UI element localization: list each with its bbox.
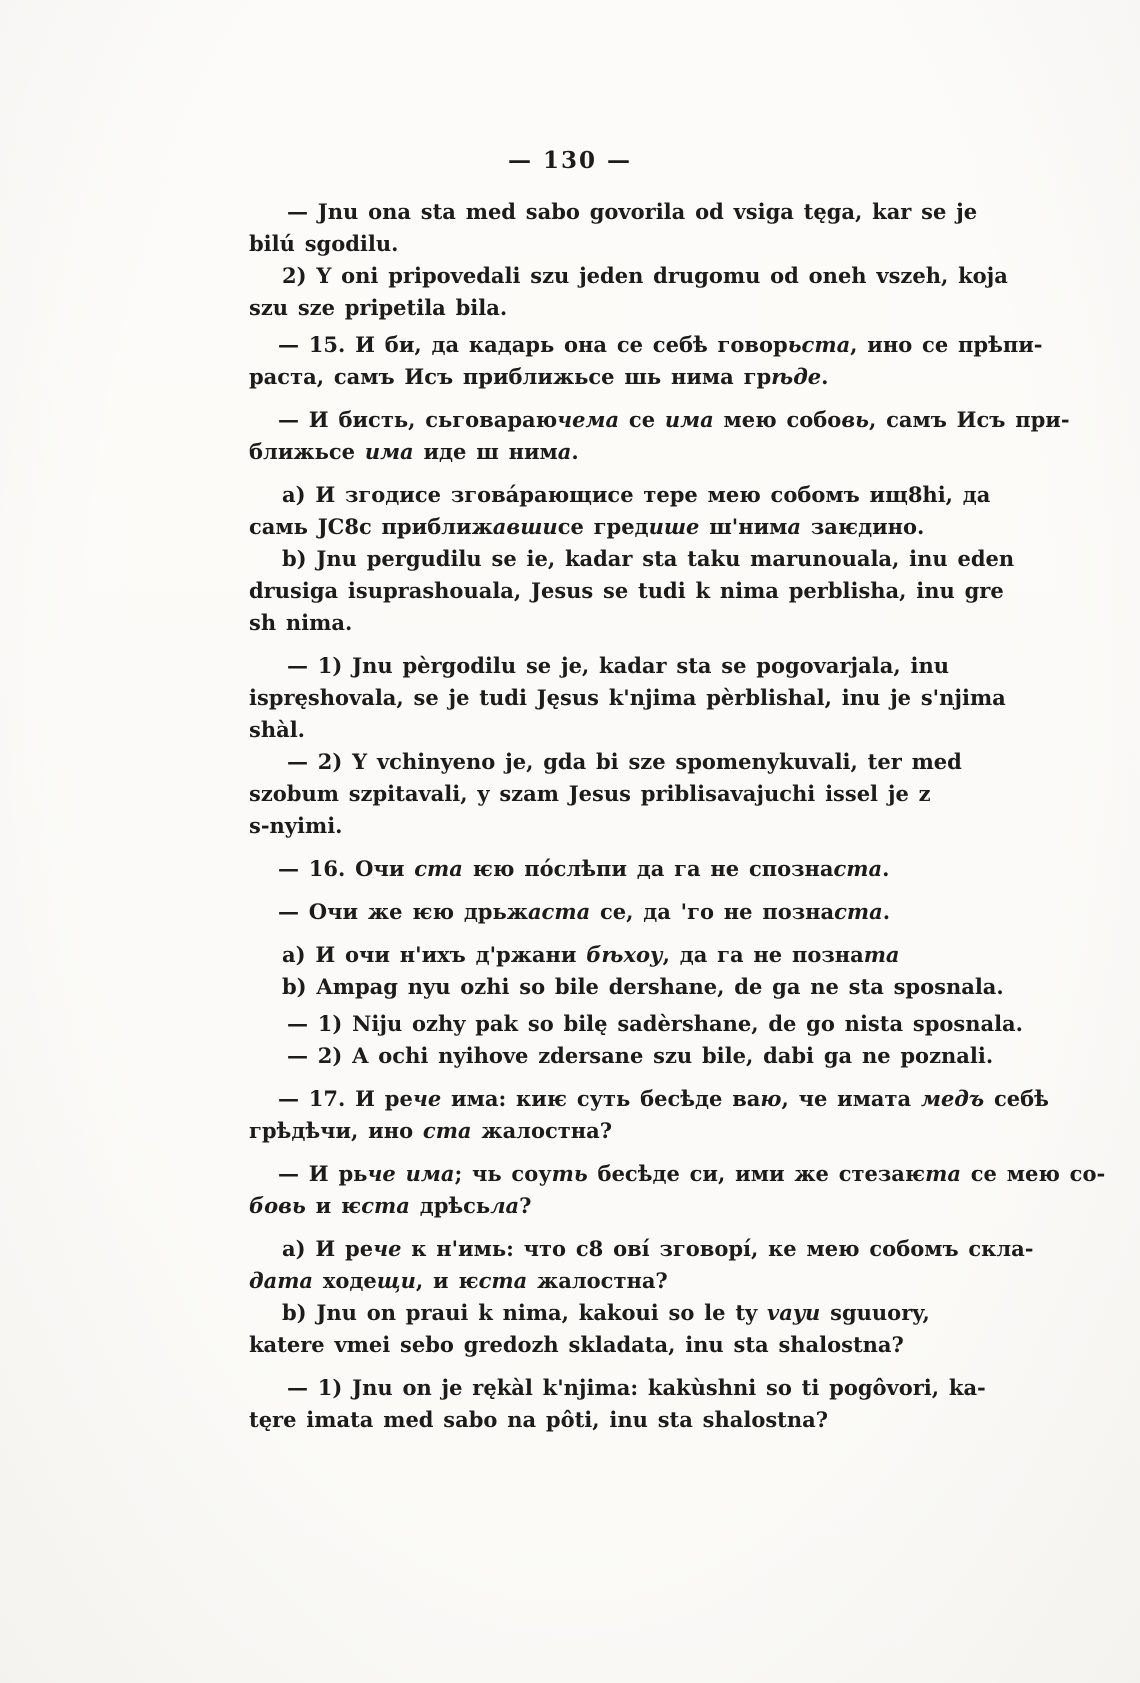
text-run: — И рь xyxy=(278,1161,367,1186)
italic-run: ѣде xyxy=(771,364,821,389)
verse-16-cyrillic-main: — 16. Очи ста ѥю по́слѣпи да га не спозн… xyxy=(249,853,949,885)
italic-run: че xyxy=(413,1086,441,1111)
verse-15-variant-b: b) Jnu pergudilu se ie, kadar sta taku m… xyxy=(249,543,949,639)
italic-run: има xyxy=(665,407,714,432)
italic-run: аста xyxy=(528,899,590,924)
verse-16-variant-2: — 2) A ochi nyihove zdersane szu bile, d… xyxy=(249,1040,949,1072)
italic-run: дата xyxy=(249,1268,313,1293)
text-line: самь JC8c приближавшисе гредише ш'нима з… xyxy=(249,511,949,543)
italic-run: ьста xyxy=(788,332,850,357)
text-block: — Jnu ona sta med sabo govorila od vsiga… xyxy=(0,196,949,1436)
text-run: ? xyxy=(519,1193,531,1218)
text-line: — 17. И рече има: киѥ суть бесѣде ваю, ч… xyxy=(249,1083,949,1115)
text-line: — 1) Niju ozhy pak so bilę sadèrshane, d… xyxy=(249,1008,949,1040)
text-line: tęre imata med sabo na pôti, inu sta sha… xyxy=(249,1404,949,1436)
text-run: — 2) Y vchinyeno je, gda bi sze spomenyk… xyxy=(287,749,962,774)
text-line: — И бисть, сьговараючема се има мею собо… xyxy=(249,404,949,436)
scanned-book-page: — 130 — — Jnu ona sta med sabo govorila … xyxy=(0,0,1140,1683)
text-line: — Очи же ѥю дрьжаста се, да 'го не позна… xyxy=(249,896,949,928)
page-number: — 130 — xyxy=(0,0,1140,176)
text-run: ш'ним xyxy=(699,514,787,539)
verse-15-variant-a: а) И згодисе згова́рающисе тере мею собо… xyxy=(249,479,949,543)
text-run: — 15. И би, да кадарь она се себѣ говор xyxy=(278,332,788,357)
text-line: — 1) Jnu pèrgodilu se je, kadar sta se p… xyxy=(249,650,949,682)
text-line: shàl. xyxy=(249,714,949,746)
text-run: грѣдѣчи, ино xyxy=(249,1118,423,1143)
text-run: — 2) A ochi nyihove zdersane szu bile, d… xyxy=(287,1043,993,1068)
text-run: дрѣсь xyxy=(410,1193,490,1218)
italic-run: ла xyxy=(490,1193,519,1218)
text-run: , и ѥ xyxy=(416,1268,479,1293)
text-line: — 2) Y vchinyeno je, gda bi sze spomenyk… xyxy=(249,746,949,778)
verse-17-variant-1: — 1) Jnu on je rękàl k'njima: kakùshni s… xyxy=(249,1372,949,1436)
text-run: b) Jnu on praui k nima, kakoui so le ty xyxy=(282,1300,767,1325)
text-line: раста, самъ Исъ приближьсе шь нима грѣде… xyxy=(249,361,949,393)
text-run: а) И очи н'ихъ д'ржани xyxy=(282,942,586,967)
text-line: — 16. Очи ста ѥю по́слѣпи да га не спозн… xyxy=(249,853,949,885)
text-line: b) Jnu pergudilu se ie, kadar sta taku m… xyxy=(249,543,949,575)
text-run: себѣ xyxy=(984,1086,1049,1111)
text-run: к н'имь: что с8 ові́ зговорі́, ке мею со… xyxy=(401,1236,1033,1261)
text-line: бовь и ѥста дрѣсьла? xyxy=(249,1190,949,1222)
text-run: . xyxy=(821,364,828,389)
italic-run: че xyxy=(373,1236,401,1261)
text-line: грѣдѣчи, ино ста жалостна? xyxy=(249,1115,949,1147)
text-run: , ино се прѣпи- xyxy=(850,332,1042,357)
text-line: bilú sgodilu. xyxy=(249,228,949,260)
text-run: ispręshovala, se je tudi Jęsus k'njima p… xyxy=(249,685,1006,710)
verse-17-variant-a: а) И рече к н'имь: что с8 ові́ зговорі́,… xyxy=(249,1233,949,1297)
text-line: s-nyimi. xyxy=(249,810,949,842)
text-run: — Очи же ѥю дрьж xyxy=(278,899,528,924)
italic-run: а xyxy=(787,514,801,539)
text-run: shàl. xyxy=(249,717,305,742)
italic-run: бѣхоу xyxy=(586,942,662,967)
text-line: дата ходещи, и ѥста жалостна? xyxy=(249,1265,949,1297)
text-run: ближьсе xyxy=(249,439,365,464)
text-run: sh nima. xyxy=(249,610,352,635)
text-run: — 1) Jnu pèrgodilu se je, kadar sta se p… xyxy=(287,653,949,678)
italic-run: ста xyxy=(361,1193,410,1218)
text-run: — 1) Niju ozhy pak so bilę sadèrshane, d… xyxy=(287,1011,1023,1036)
italic-run: ста xyxy=(423,1118,472,1143)
text-line: ispręshovala, se je tudi Jęsus k'njima p… xyxy=(249,682,949,714)
text-run: b) Jnu pergudilu se ie, kadar sta taku m… xyxy=(282,546,1014,571)
text-line: а) И рече к н'имь: что с8 ові́ зговорі́,… xyxy=(249,1233,949,1265)
italic-run: авши xyxy=(493,514,558,539)
italic-run: има xyxy=(365,439,414,464)
italic-run: ста xyxy=(414,856,463,881)
italic-run: чема xyxy=(557,407,619,432)
italic-run: щи xyxy=(377,1268,416,1293)
text-line: szobum szpitavali, y szam Jesus priblisa… xyxy=(249,778,949,810)
text-line: ближьсе има иде ш нима. xyxy=(249,436,949,468)
text-run: се, да 'го не позна xyxy=(590,899,834,924)
italic-run: ть xyxy=(552,1161,588,1186)
text-run: s-nyimi. xyxy=(249,813,343,838)
text-line: — Jnu ona sta med sabo govorila od vsiga… xyxy=(249,196,949,228)
text-run: — 16. Очи xyxy=(278,856,414,881)
text-run: се xyxy=(619,407,665,432)
text-run: , че имата xyxy=(781,1086,921,1111)
text-run: а) И ре xyxy=(282,1236,373,1261)
text-run: заѥдино. xyxy=(801,514,924,539)
text-run: . xyxy=(883,899,890,924)
text-run: се гред xyxy=(558,514,649,539)
text-line: — 15. И би, да кадарь она се себѣ говорь… xyxy=(249,329,949,361)
text-run: — 17. И ре xyxy=(278,1086,413,1111)
text-run: szu sze pripetila bila. xyxy=(249,295,507,320)
italic-run: вь xyxy=(841,407,869,432)
italic-run: бовь xyxy=(249,1193,306,1218)
text-run: самь JC8c приближ xyxy=(249,514,493,539)
text-run: drusiga isuprashouala, Jesus se tudi k n… xyxy=(249,578,1004,603)
text-run: и ѥ xyxy=(306,1193,361,1218)
text-run: ѥю по́слѣпи да га не спозна xyxy=(463,856,834,881)
text-run: — 1) Jnu on je rękàl k'njima: kakùshni s… xyxy=(287,1375,986,1400)
text-run: — И бисть, сьговараю xyxy=(278,407,557,432)
italic-run: ю xyxy=(760,1086,781,1111)
text-run: , самъ Исъ при- xyxy=(869,407,1070,432)
text-run: а) И згодисе згова́рающисе тере мею собо… xyxy=(282,482,990,507)
text-run: бесѣде си, ими же стезаѥ xyxy=(588,1161,925,1186)
text-line: — И рьче има; чь соуть бесѣде си, ими же… xyxy=(249,1158,949,1190)
text-run: tęre imata med sabo na pôti, inu sta sha… xyxy=(249,1407,828,1432)
text-run: иде ш ним xyxy=(414,439,558,464)
italic-run: ише xyxy=(649,514,700,539)
text-run: . xyxy=(571,439,578,464)
text-run: b) Ampag nyu ozhi so bile dershane, de g… xyxy=(282,974,1004,999)
verse-17-variant-b: b) Jnu on praui k nima, kakoui so le ty … xyxy=(249,1297,949,1361)
text-line: b) Jnu on praui k nima, kakoui so le ty … xyxy=(249,1297,949,1329)
text-run: 2) Y oni pripovedali szu jeden drugomu o… xyxy=(282,263,1008,288)
text-line: 2) Y oni pripovedali szu jeden drugomu o… xyxy=(249,260,949,292)
italic-run: че xyxy=(367,1161,395,1186)
verse-17-cyrillic-main: — 17. И рече има: киѥ суть бесѣде ваю, ч… xyxy=(249,1083,949,1147)
italic-run: та xyxy=(864,942,900,967)
text-line: — 1) Jnu on je rękàl k'njima: kakùshni s… xyxy=(249,1372,949,1404)
text-line: а) И згодисе згова́рающисе тере мею собо… xyxy=(249,479,949,511)
italic-run: ста xyxy=(834,856,883,881)
text-run: sguuory, xyxy=(820,1300,929,1325)
text-run: — Jnu ona sta med sabo govorila od vsiga… xyxy=(287,199,977,224)
text-line: drusiga isuprashouala, Jesus se tudi k n… xyxy=(249,575,949,607)
verse-15-cyrillic-second: — И бисть, сьговараючема се има мею собо… xyxy=(249,404,949,468)
text-line: sh nima. xyxy=(249,607,949,639)
text-line: katere vmei sebo gredozh skladata, inu s… xyxy=(249,1329,949,1361)
text-line: — 2) A ochi nyihove zdersane szu bile, d… xyxy=(249,1040,949,1072)
text-run: szobum szpitavali, y szam Jesus priblisa… xyxy=(249,781,931,806)
text-run: жалостна? xyxy=(472,1118,613,1143)
text-line: b) Ampag nyu ozhi so bile dershane, de g… xyxy=(249,971,949,1003)
text-line: а) И очи н'ихъ д'ржани бѣхоу, да га не п… xyxy=(249,939,949,971)
verse-16-variant-b: b) Ampag nyu ozhi so bile dershane, de g… xyxy=(249,971,949,1003)
italic-run: та xyxy=(925,1161,961,1186)
text-run: bilú sgodilu. xyxy=(249,231,398,256)
text-run xyxy=(396,1161,406,1186)
text-run: има: киѥ суть бесѣде ва xyxy=(441,1086,760,1111)
text-run: ; чь соу xyxy=(454,1161,551,1186)
text-run: раста, самъ Исъ приближьсе шь нима гр xyxy=(249,364,771,389)
verse-17-cyrillic-second: — И рьче има; чь соуть бесѣде си, ими же… xyxy=(249,1158,949,1222)
italic-run: ста xyxy=(834,899,883,924)
verse-15-variant-1: — 1) Jnu pèrgodilu se je, kadar sta se p… xyxy=(249,650,949,746)
verse-16-variant-1: — 1) Niju ozhy pak so bilę sadèrshane, d… xyxy=(249,1008,949,1040)
verse-14-variant-slovene: — Jnu ona sta med sabo govorila od vsiga… xyxy=(249,196,949,260)
italic-run: vayu xyxy=(767,1300,820,1325)
verse-15-variant-2: — 2) Y vchinyeno je, gda bi sze spomenyk… xyxy=(249,746,949,842)
text-run: ходе xyxy=(313,1268,377,1293)
italic-run: има xyxy=(406,1161,455,1186)
text-run: се мею со- xyxy=(961,1161,1105,1186)
italic-run: ста xyxy=(479,1268,528,1293)
text-run: katere vmei sebo gredozh skladata, inu s… xyxy=(249,1332,904,1357)
italic-run: а xyxy=(558,439,572,464)
text-run: , да га не позна xyxy=(663,942,864,967)
verse-16-cyrillic-second: — Очи же ѥю дрьжаста се, да 'го не позна… xyxy=(249,896,949,928)
italic-run: медъ xyxy=(921,1086,984,1111)
text-line: szu sze pripetila bila. xyxy=(249,292,949,324)
text-run: жалостна? xyxy=(527,1268,668,1293)
verse-15-cyrillic-main: — 15. И би, да кадарь она се себѣ говорь… xyxy=(249,329,949,393)
text-run: мею собо xyxy=(714,407,842,432)
verse-16-variant-a: а) И очи н'ихъ д'ржани бѣхоу, да га не п… xyxy=(249,939,949,971)
text-run: . xyxy=(882,856,889,881)
verse-14-variant-kajkavian: 2) Y oni pripovedali szu jeden drugomu o… xyxy=(249,260,949,324)
